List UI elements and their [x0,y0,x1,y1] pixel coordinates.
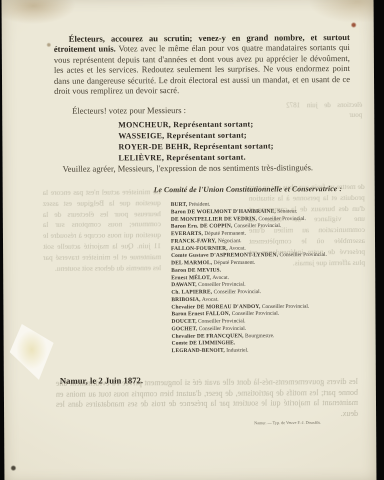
candidate-name: ROYER-DE BEHR, [118,142,191,151]
candidate-title: Représentant sortant. [166,153,246,162]
member-title: Conseiller Provincial. [199,325,246,331]
member-name: Ernest MÉLOT, [171,274,211,280]
candidate-title: Représentant sortant; [167,131,247,140]
candidate-title: Représentant sortant; [173,120,253,129]
member-name: DEL MARMOL, [171,259,212,265]
printer-imprint: Namur. — Typ. de Veuve F.-J. Douxfils. [254,420,321,425]
member-name: LEGRAND-BENOIT, [172,347,225,353]
member-name: Baron Ernest FALLON, [171,310,230,316]
member-title: Conseiller Provincial. [198,281,245,287]
member-name: Chevalier DE MOREAU D'ANDOY, [171,303,260,310]
member-name: EVERARTS, [171,230,203,236]
bleedthrough-text: élections de juin 1872 pour [286,100,362,140]
member-title: Avocat. [202,296,219,302]
member-title: Avocat. [212,274,229,280]
dateline: Namur, le 2 Juin 1872. [60,375,143,386]
member-title: Industriel. [226,347,248,353]
member-name: DE MONTPELLIER DE VEDRIN, [171,215,257,222]
bleedthrough-text: Le ministère actuel n'est pas encore la … [43,187,162,340]
member-name: BRIBOSIA, [171,296,200,302]
scan-background: { "document": { "intro_lead": "Électeurs… [0,0,384,480]
member-name: GOCHET, [172,325,198,331]
candidate-name: LELIÈVRE, [118,153,164,162]
call-to-vote-line: Électeurs! votez pour Messieurs : [72,105,186,116]
candidate-entry: ROYER-DE BEHR, Représentant sortant; [118,140,273,152]
member-name: Baron Ern. DE COPPIN, [171,223,233,229]
member-title: Député Permanent. [204,230,246,236]
member-name: DAWANT, [171,281,197,287]
member-title: Président. [189,201,211,207]
member-name: Comte DE LIMMINGHE. [172,340,236,347]
member-name: DOUCET, [171,318,196,324]
member-name: Chevalier DE FRANCQUEN, [172,332,244,339]
closing-line: Veuillez agréer, Messieurs, l'expression… [63,162,363,174]
intro-paragraph: Électeurs, accourez au scrutin; venez-y … [54,32,350,97]
document-page: élections de juin 1872 pour Le ministère… [2,0,377,480]
member-name: Ch. LAPIERRE, [171,289,212,295]
candidate-list: MONCHEUR, Représentant sortant; WASSEIGE… [118,118,273,163]
candidate-name: WASSEIGE, [118,131,164,140]
member-name: BURT, [171,201,188,207]
member-name: FALLON-FOURNIER, [171,245,228,251]
bleedthrough-text: de mettre un frein aux abus qui se sont … [249,182,366,355]
member-name: Baron DE MEVIUS. [171,267,221,273]
member-title: Conseiller Provincial. [198,318,245,324]
member-name: FRANCK-FAVRY, [171,237,216,243]
candidate-entry: MONCHEUR, Représentant sortant; [118,118,273,130]
member-title: Avocat. [229,245,246,251]
candidate-title: Représentant sortant; [193,141,273,150]
member-title: Négociant. [218,237,242,243]
candidate-name: MONCHEUR, [118,120,171,129]
